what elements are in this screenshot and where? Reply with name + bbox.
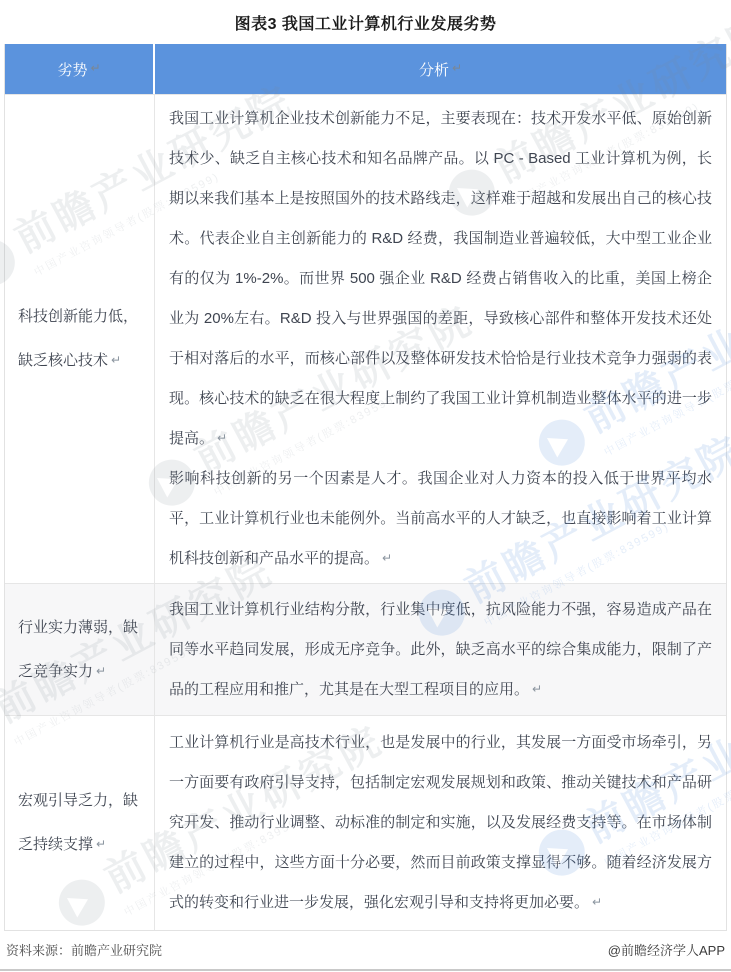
header-label: 劣势: [57, 59, 87, 80]
table-row: 行业实力薄弱，缺乏竞争实力↵ 我国工业计算机行业结构分散，行业集中度低，抗风险能…: [5, 583, 726, 715]
source-note: 资料来源：前瞻产业研究院: [6, 940, 162, 959]
header-cell-disadvantage: 劣势↵: [5, 44, 155, 94]
analysis-paragraph: 影响科技创新的另一个因素是人才。我国企业对人力资本的投入低于世界平均水平，工业计…: [169, 459, 712, 579]
disadvantage-cell: 宏观引导乏力，缺乏持续支撑↵: [5, 716, 155, 930]
disadvantage-text: 宏观引导乏力，缺乏持续支撑: [18, 792, 138, 853]
figure-footer: 资料来源：前瞻产业研究院 @前瞻经济学人APP: [6, 940, 725, 959]
page-title: 图表3 我国工业计算机行业发展劣势: [0, 0, 731, 44]
disadvantage-analysis-table: 劣势↵ 分析↵ 科技创新能力低，缺乏核心技术↵ 我国工业计算机企业技术创新能力不…: [4, 44, 727, 931]
table-row: 宏观引导乏力，缺乏持续支撑↵ 工业计算机行业是高技术行业，也是发展中的行业，其发…: [5, 715, 726, 930]
analysis-text: 影响科技创新的另一个因素是人才。我国企业对人力资本的投入低于世界平均水平，工业计…: [169, 470, 712, 567]
analysis-paragraph: 工业计算机行业是高技术行业，也是发展中的行业，其发展一方面受市场牵引，另一方面要…: [169, 723, 712, 923]
paragraph-mark-icon: ↵: [217, 418, 227, 458]
analysis-paragraph: 我国工业计算机企业技术创新能力不足，主要表现在：技术开发水平低、原始创新技术少、…: [169, 99, 712, 459]
analysis-cell: 我国工业计算机企业技术创新能力不足，主要表现在：技术开发水平低、原始创新技术少、…: [155, 95, 726, 583]
paragraph-mark-icon: ↵: [111, 338, 121, 382]
credit-note: @前瞻经济学人APP: [608, 940, 725, 959]
disadvantage-cell: 科技创新能力低，缺乏核心技术↵: [5, 95, 155, 583]
paragraph-mark-icon: ↵: [452, 61, 462, 75]
paragraph-mark-icon: ↵: [96, 649, 106, 693]
paragraph-mark-icon: ↵: [90, 61, 100, 75]
paragraph-mark-icon: ↵: [96, 822, 106, 866]
paragraph-mark-icon: ↵: [532, 669, 542, 709]
analysis-paragraph: 我国工业计算机行业结构分散，行业集中度低，抗风险能力不强，容易造成产品在同等水平…: [169, 590, 712, 710]
analysis-cell: 我国工业计算机行业结构分散，行业集中度低，抗风险能力不强，容易造成产品在同等水平…: [155, 584, 726, 715]
analysis-text: 我国工业计算机行业结构分散，行业集中度低，抗风险能力不强，容易造成产品在同等水平…: [169, 601, 712, 698]
disadvantage-text: 行业实力薄弱，缺乏竞争实力: [18, 619, 138, 680]
table-row: 科技创新能力低，缺乏核心技术↵ 我国工业计算机企业技术创新能力不足，主要表现在：…: [5, 94, 726, 583]
paragraph-mark-icon: ↵: [382, 538, 392, 578]
bottom-divider: [0, 969, 731, 971]
table-header-row: 劣势↵ 分析↵: [5, 44, 726, 94]
disadvantage-cell: 行业实力薄弱，缺乏竞争实力↵: [5, 584, 155, 715]
report-figure-page: 图表3 我国工业计算机行业发展劣势 劣势↵ 分析↵ 科技创新能力低，缺乏核心技术…: [0, 0, 731, 972]
qianzhan-logo-icon: [0, 701, 3, 763]
analysis-cell: 工业计算机行业是高技术行业，也是发展中的行业，其发展一方面受市场牵引，另一方面要…: [155, 716, 726, 930]
paragraph-mark-icon: ↵: [592, 882, 602, 922]
header-label: 分析: [419, 59, 449, 80]
analysis-text: 工业计算机行业是高技术行业，也是发展中的行业，其发展一方面受市场牵引，另一方面要…: [169, 734, 712, 911]
analysis-text: 我国工业计算机企业技术创新能力不足，主要表现在：技术开发水平低、原始创新技术少、…: [169, 110, 712, 447]
header-cell-analysis: 分析↵: [155, 44, 726, 94]
